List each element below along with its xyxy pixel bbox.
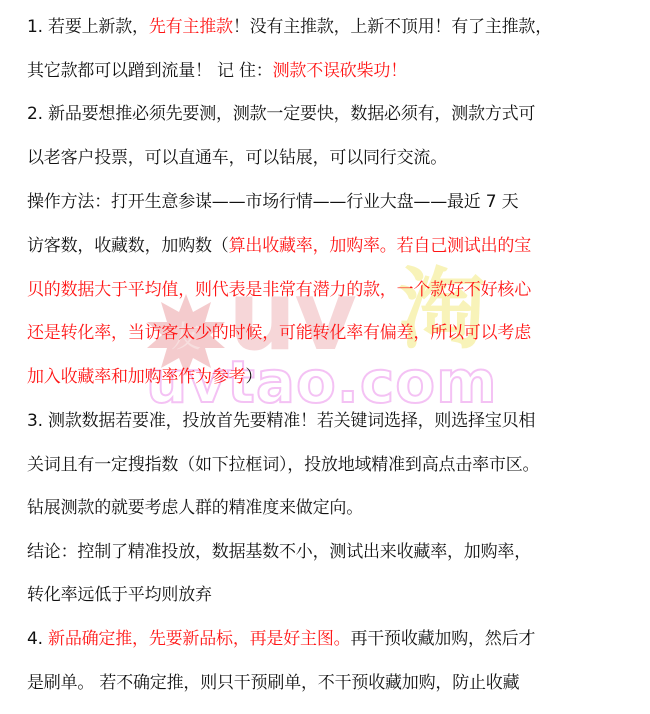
text-line: 关词且有一定搜指数（如下拉框词），投放地域精准到高点击率市区。 — [27, 450, 539, 480]
body-text: 再干预收藏加购，然后才 — [350, 629, 535, 649]
highlighted-text: 先有主推款 — [149, 17, 233, 37]
text-line: 操作方法：打开生意参谋——市场行情——行业大盘——最近 7 天 — [27, 187, 518, 217]
text-line: 贝的数据大于平均值，则代表是非常有潜力的款，一个款好不好核心 — [27, 275, 531, 305]
body-text: 访客数，收藏数，加购数（ — [27, 236, 229, 256]
body-text: 1. 若要上新款， — [27, 17, 149, 37]
body-text: 结论：控制了精准投放，数据基数不小，测试出来收藏率，加购率， — [27, 542, 531, 562]
text-line: 1. 若要上新款，先有主推款！没有主推款，上新不顶用！有了主推款， — [27, 12, 552, 42]
text-line: 是刷单。 若不确定推，则只干预刷单，不干预收藏加购，防止收藏 — [27, 668, 519, 698]
highlighted-text: 加入收藏率和加购率作为参考 — [27, 367, 245, 387]
text-line: 4. 新品确定推，先要新品标，再是好主图。再干预收藏加购，然后才 — [27, 624, 535, 654]
highlighted-text: 新品确定推，先要新品标，再是好主图。 — [48, 629, 350, 649]
text-line: 访客数，收藏数，加购数（算出收藏率，加购率。若自己测试出的宝 — [27, 231, 531, 261]
body-text: 转化率远低于平均则放弃 — [27, 585, 212, 605]
text-line: 其它款都可以蹭到流量！ 记 住：测款不误砍柴功！ — [27, 56, 407, 86]
body-text: 2. 新品要想推必须先要测，测款一定要快，数据必须有，测款方式可 — [27, 104, 535, 124]
body-text: 是刷单。 若不确定推，则只干预刷单，不干预收藏加购，防止收藏 — [27, 673, 519, 693]
body-text: 以老客户投票，可以直通车，可以钻展，可以同行交流。 — [27, 148, 447, 168]
body-text: ） — [245, 367, 262, 387]
text-line: 2. 新品要想推必须先要测，测款一定要快，数据必须有，测款方式可 — [27, 99, 535, 129]
body-text: 关词且有一定搜指数（如下拉框词），投放地域精准到高点击率市区。 — [27, 455, 539, 475]
body-text: 钻展测款的就要考虑人群的精准度来做定向。 — [27, 498, 363, 518]
highlighted-text: 测款不误砍柴功！ — [273, 61, 407, 81]
highlighted-text: 贝的数据大于平均值，则代表是非常有潜力的款，一个款好不好核心 — [27, 280, 531, 300]
text-line: 结论：控制了精准投放，数据基数不小，测试出来收藏率，加购率， — [27, 537, 531, 567]
body-text: 其它款都可以蹭到流量！ 记 住： — [27, 61, 273, 81]
body-text: ！没有主推款，上新不顶用！有了主推款， — [233, 17, 552, 37]
text-line: 钻展测款的就要考虑人群的精准度来做定向。 — [27, 493, 363, 523]
body-text: 3. 测款数据若要准，投放首先要精准！若关键词选择，则选择宝贝相 — [27, 411, 535, 431]
text-line: 以老客户投票，可以直通车，可以钻展，可以同行交流。 — [27, 143, 447, 173]
text-line: 3. 测款数据若要准，投放首先要精准！若关键词选择，则选择宝贝相 — [27, 406, 535, 436]
highlighted-text: 还是转化率，当访客太少的时候，可能转化率有偏差，所以可以考虑 — [27, 323, 531, 343]
text-line: 加入收藏率和加购率作为参考） — [27, 362, 262, 392]
text-line: 转化率远低于平均则放弃 — [27, 580, 212, 610]
body-text: 操作方法：打开生意参谋——市场行情——行业大盘——最近 7 天 — [27, 192, 518, 212]
text-line: 还是转化率，当访客太少的时候，可能转化率有偏差，所以可以考虑 — [27, 318, 531, 348]
highlighted-text: 算出收藏率，加购率。若自己测试出的宝 — [229, 236, 531, 256]
body-text: 4. — [27, 629, 48, 649]
